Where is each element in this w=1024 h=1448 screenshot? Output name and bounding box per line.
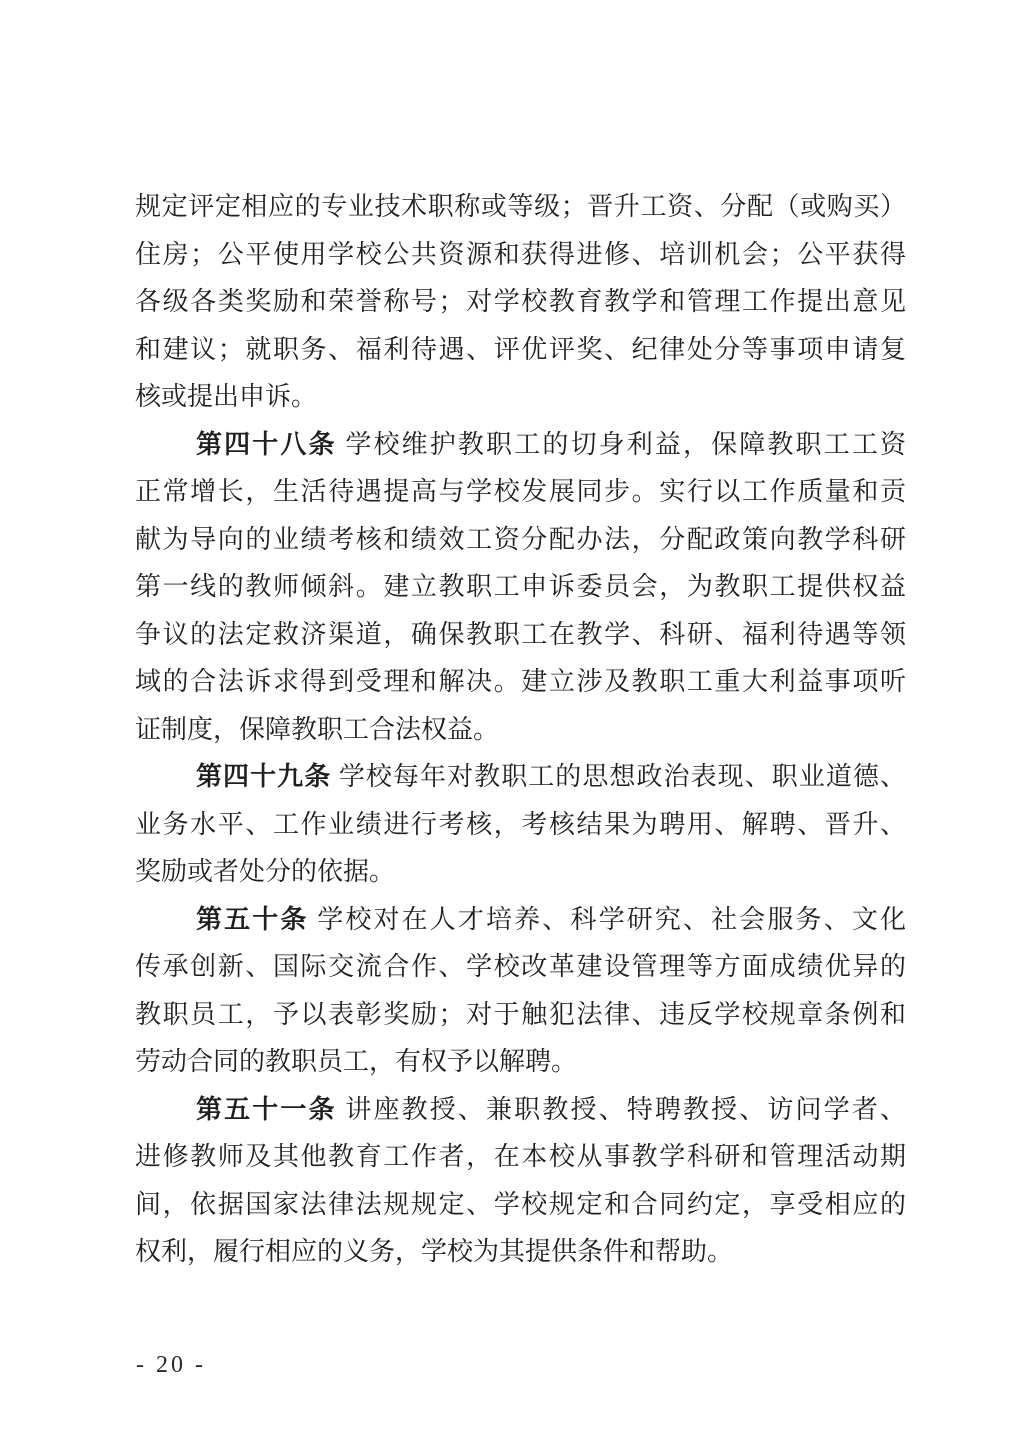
line-text: 证制度，保障教职工合法权益。 — [135, 715, 499, 744]
article-number: 第五十一条 — [196, 1095, 337, 1124]
text-line: 教职员工，予以表彰奖励；对于触犯法律、违反学校规章条例和 — [135, 991, 906, 1039]
line-text: 住房；公平使用学校公共资源和获得进修、培训机会；公平获得 — [135, 240, 906, 269]
line-text: 间，依据国家法律法规规定、学校规定和合同约定，享受相应的 — [135, 1190, 906, 1219]
line-text: 和建议；就职务、福利待遇、评优评奖、纪律处分等事项申请复 — [135, 335, 906, 364]
line-text: 劳动合同的教职员工，有权予以解聘。 — [135, 1047, 577, 1076]
text-line: 劳动合同的教职员工，有权予以解聘。 — [135, 1038, 906, 1086]
line-text: 学校每年对教职工的思想政治表现、职业道德、 — [331, 762, 906, 791]
line-text: 争议的法定救济渠道，确保教职工在教学、科研、福利待遇等领 — [135, 620, 906, 649]
text-line: 业务水平、工作业绩进行考核，考核结果为聘用、解聘、晋升、 — [135, 801, 906, 849]
line-text: 规定评定相应的专业技术职称或等级；晋升工资、分配（或购买） — [135, 192, 906, 221]
line-text: 学校对在人才培养、科学研究、社会服务、文化 — [309, 905, 906, 934]
line-text: 献为导向的业绩考核和绩效工资分配办法，分配政策向教学科研 — [135, 525, 906, 554]
line-text: 教职员工，予以表彰奖励；对于触犯法律、违反学校规章条例和 — [135, 1000, 906, 1029]
line-text: 第一线的教师倾斜。建立教职工申诉委员会，为教职工提供权益 — [135, 572, 906, 601]
text-line: 传承创新、国际交流合作、学校改革建设管理等方面成绩优异的 — [135, 943, 906, 991]
line-text: 核或提出申诉。 — [135, 382, 317, 411]
text-line: 第四十八条 学校维护教职工的切身利益，保障教职工工资 — [135, 421, 906, 469]
text-line: 和建议；就职务、福利待遇、评优评奖、纪律处分等事项申请复 — [135, 326, 906, 374]
text-line: 献为导向的业绩考核和绩效工资分配办法，分配政策向教学科研 — [135, 516, 906, 564]
line-text: 讲座教授、兼职教授、特聘教授、访问学者、 — [337, 1095, 906, 1124]
article-number: 第四十九条 — [196, 762, 331, 791]
article-number: 第五十条 — [196, 905, 309, 934]
text-line: 住房；公平使用学校公共资源和获得进修、培训机会；公平获得 — [135, 231, 906, 279]
text-line: 间，依据国家法律法规规定、学校规定和合同约定，享受相应的 — [135, 1181, 906, 1229]
line-text: 各级各类奖励和荣誉称号；对学校教育教学和管理工作提出意见 — [135, 287, 906, 316]
text-line: 域的合法诉求得到受理和解决。建立涉及教职工重大利益事项听 — [135, 658, 906, 706]
line-text: 域的合法诉求得到受理和解决。建立涉及教职工重大利益事项听 — [135, 667, 906, 696]
text-line: 证制度，保障教职工合法权益。 — [135, 706, 906, 754]
article-number: 第四十八条 — [196, 430, 337, 459]
text-line: 进修教师及其他教育工作者，在本校从事教学科研和管理活动期 — [135, 1133, 906, 1181]
text-line: 正常增长，生活待遇提高与学校发展同步。实行以工作质量和贡 — [135, 468, 906, 516]
text-line: 争议的法定救济渠道，确保教职工在教学、科研、福利待遇等领 — [135, 611, 906, 659]
text-line: 规定评定相应的专业技术职称或等级；晋升工资、分配（或购买） — [135, 183, 906, 231]
line-text: 传承创新、国际交流合作、学校改革建设管理等方面成绩优异的 — [135, 952, 906, 981]
line-text: 奖励或者处分的依据。 — [135, 857, 395, 886]
text-line: 各级各类奖励和荣誉称号；对学校教育教学和管理工作提出意见 — [135, 278, 906, 326]
text-line: 第五十条 学校对在人才培养、科学研究、社会服务、文化 — [135, 896, 906, 944]
line-text: 学校维护教职工的切身利益，保障教职工工资 — [337, 430, 906, 459]
line-text: 权利，履行相应的义务，学校为其提供条件和帮助。 — [135, 1237, 733, 1266]
line-text: 进修教师及其他教育工作者，在本校从事教学科研和管理活动期 — [135, 1142, 906, 1171]
document-page: 规定评定相应的专业技术职称或等级；晋升工资、分配（或购买）住房；公平使用学校公共… — [0, 0, 1024, 1448]
text-line: 奖励或者处分的依据。 — [135, 848, 906, 896]
text-line: 核或提出申诉。 — [135, 373, 906, 421]
text-line: 第四十九条 学校每年对教职工的思想政治表现、职业道德、 — [135, 753, 906, 801]
line-text: 业务水平、工作业绩进行考核，考核结果为聘用、解聘、晋升、 — [135, 810, 906, 839]
text-line: 权利，履行相应的义务，学校为其提供条件和帮助。 — [135, 1228, 906, 1276]
page-number: - 20 - — [136, 1350, 206, 1380]
text-line: 第一线的教师倾斜。建立教职工申诉委员会，为教职工提供权益 — [135, 563, 906, 611]
text-line: 第五十一条 讲座教授、兼职教授、特聘教授、访问学者、 — [135, 1086, 906, 1134]
line-text: 正常增长，生活待遇提高与学校发展同步。实行以工作质量和贡 — [135, 477, 906, 506]
document-body: 规定评定相应的专业技术职称或等级；晋升工资、分配（或购买）住房；公平使用学校公共… — [135, 183, 906, 1276]
